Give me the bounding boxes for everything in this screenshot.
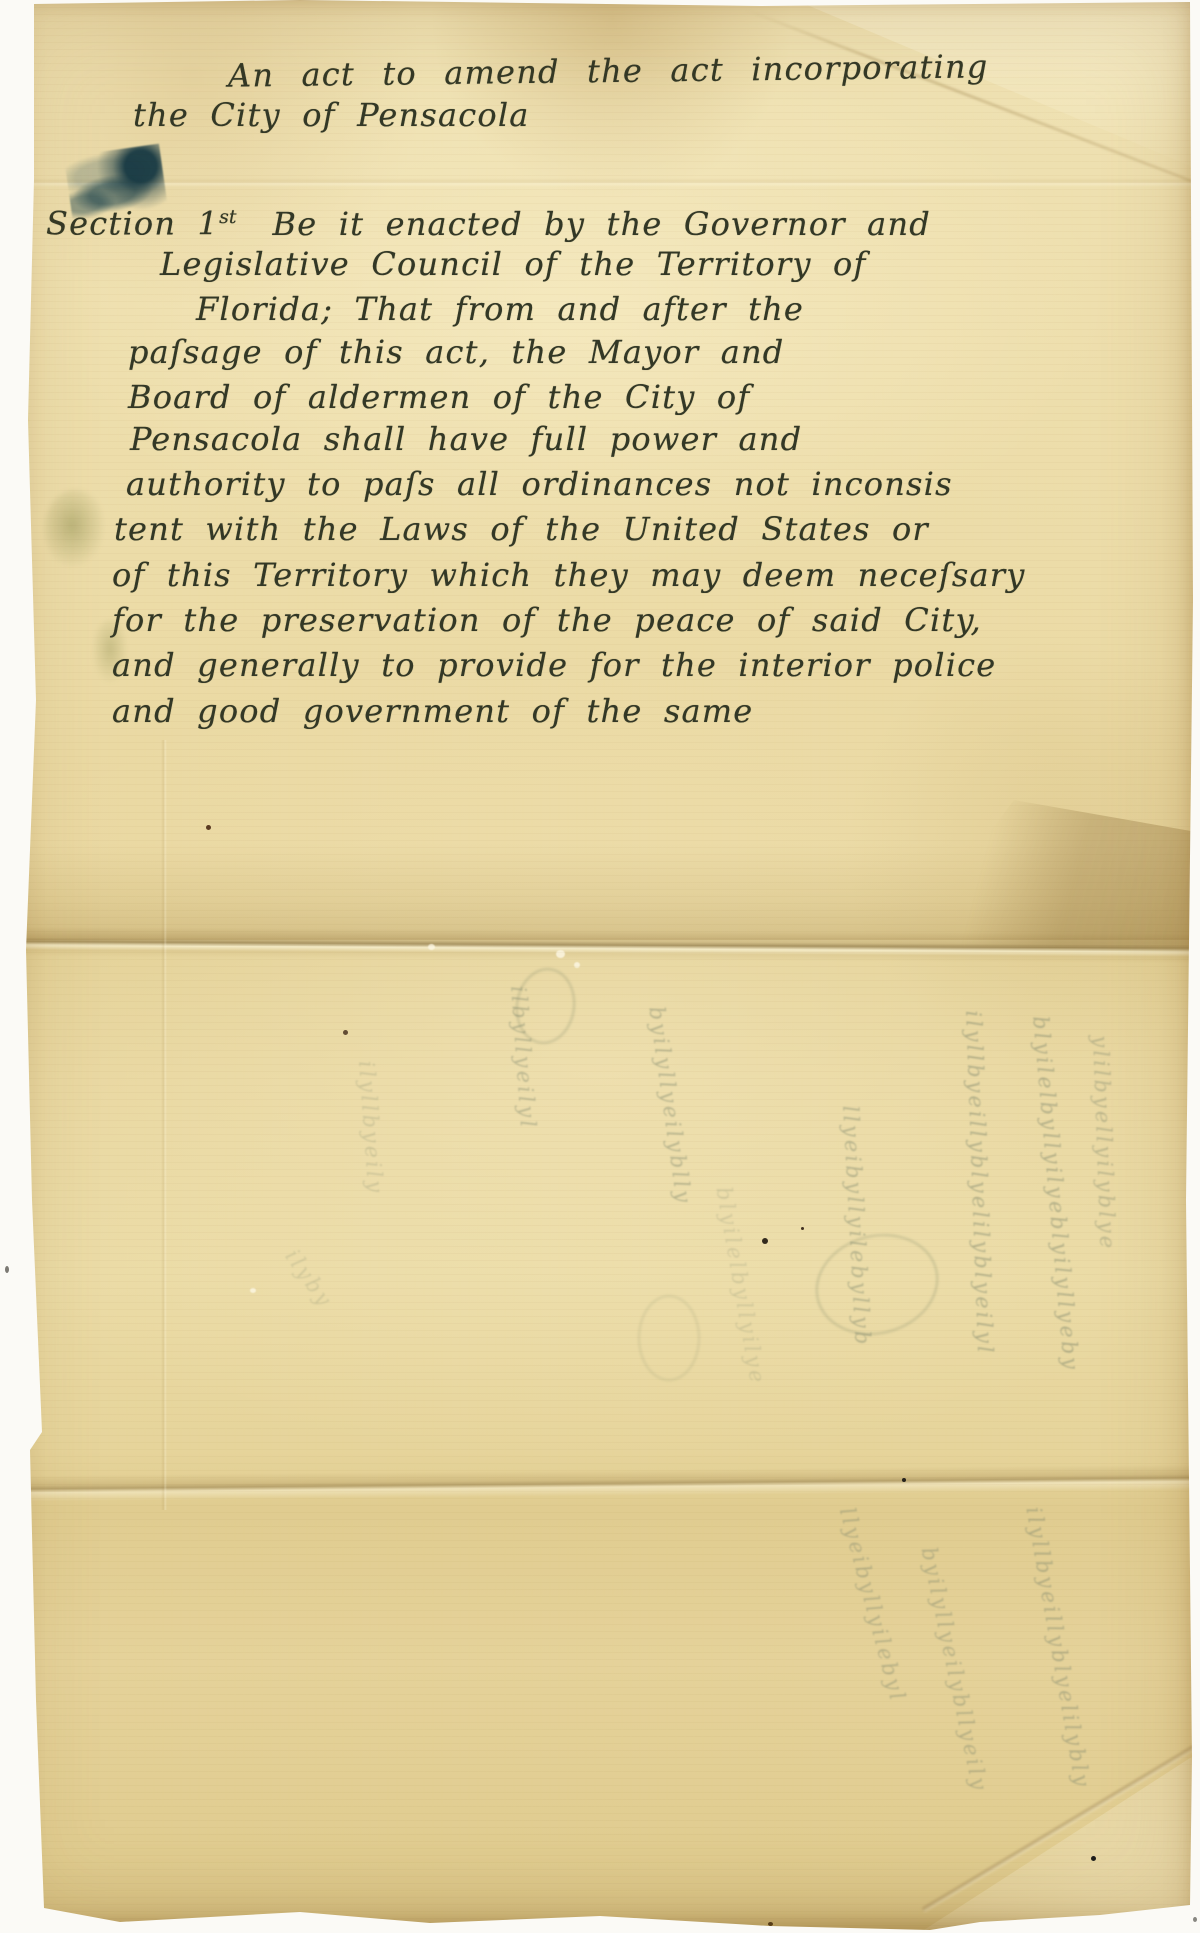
bleed-through-text: ilyllbyeillyblyelilyblyeilyl	[961, 1010, 997, 1356]
body-line-section: Section 1stBe it enacted by the Governor…	[46, 198, 931, 243]
section-enacting-clause: Be it enacted by the Governor and	[272, 205, 930, 243]
body-line: of this Territory which they may deem ne…	[112, 556, 1026, 594]
dog-ear-crease-line	[922, 1741, 1200, 1913]
fold-shadow-band	[0, 842, 1200, 940]
bleed-through-text: byilyllyeilyblly	[644, 1005, 696, 1207]
paper-fleck	[428, 944, 435, 950]
scanned-manuscript-page: { "document": { "kind": "handwritten act…	[0, 0, 1200, 1933]
dog-ear-bottom-right	[918, 1748, 1194, 1933]
body-line: authority to paſs all ordinances not inc…	[126, 465, 953, 503]
body-line: and generally to provide for the interio…	[112, 646, 996, 684]
body-line: tent with the Laws of the United States …	[114, 510, 929, 548]
bleed-through-text: ilyllbyeillyblyelilybly	[1021, 1505, 1094, 1791]
body-line: for the preservation of the peace of sai…	[112, 601, 982, 639]
fold-crease-main	[0, 926, 1200, 963]
age-speck	[768, 1922, 773, 1926]
age-speck	[801, 1227, 804, 1230]
bleed-through-text: ilbyllyeilyl	[506, 985, 540, 1131]
bleed-through-text: ylilbyellyilyblye	[1088, 1035, 1120, 1252]
scanner-speck	[5, 1266, 9, 1273]
scanner-speck	[1193, 1917, 1197, 1922]
paper-sheet: ilbyllyeilyl byilyllyeilyblly llyeibylly…	[0, 0, 1200, 1933]
body-line: and good government of the same	[112, 692, 753, 730]
corner-fold-top-right	[740, 0, 1200, 185]
age-speck	[1091, 1856, 1096, 1861]
paper-fleck	[250, 1288, 256, 1293]
bleed-through-text: ilyllbyeily	[354, 1060, 387, 1196]
bleed-through-text: ilyby	[280, 1245, 337, 1313]
green-stain	[44, 490, 106, 568]
age-speck	[902, 1478, 906, 1482]
bleed-through-loop	[511, 964, 580, 1047]
age-speck	[343, 1030, 348, 1035]
age-speck	[658, 1924, 664, 1928]
fold-crease-faint-top	[0, 178, 1200, 187]
bleed-through-text: llyeibyllyilebyl	[835, 1505, 910, 1705]
title-line-2: the City of Pensacola	[133, 96, 530, 134]
paper-fleck	[574, 962, 580, 968]
fold-crease-bottom	[0, 1464, 1200, 1502]
section-ordinal: st	[219, 206, 236, 228]
body-line: Board of aldermen of the City of	[128, 378, 750, 416]
title-line-1: An act to amend the act incorporating	[228, 47, 989, 94]
fold-shadow-wedge	[900, 800, 1200, 948]
section-label: Section 1	[46, 205, 219, 243]
body-line: Florida; That from and after the	[196, 290, 804, 328]
bleed-through-text: byilyllyeilybllyeily	[917, 1545, 992, 1795]
age-speck	[206, 825, 211, 830]
bleed-through-text: llyeibyllyilebyllyb	[838, 1105, 875, 1348]
paper-fleck	[556, 950, 565, 958]
age-speck	[1113, 1916, 1117, 1920]
corner-fold-top-right-line	[744, 8, 1200, 187]
bleed-through-loop	[638, 1295, 700, 1381]
bleed-through-text: blyilelbyllyilye	[711, 1185, 770, 1387]
age-speck	[762, 1238, 768, 1244]
age-speck	[518, 1920, 522, 1923]
body-line: Pensacola shall have full power and	[130, 420, 802, 458]
bleed-through-loop	[804, 1221, 949, 1349]
fold-crease-vertical	[161, 740, 167, 1510]
bleed-through-text: blyilelbyllyilyeblyilyllyeby	[1028, 1015, 1083, 1373]
body-line: Legislative Council of the Territory of	[160, 245, 867, 283]
body-line: paſsage of this act, the Mayor and	[128, 333, 785, 371]
